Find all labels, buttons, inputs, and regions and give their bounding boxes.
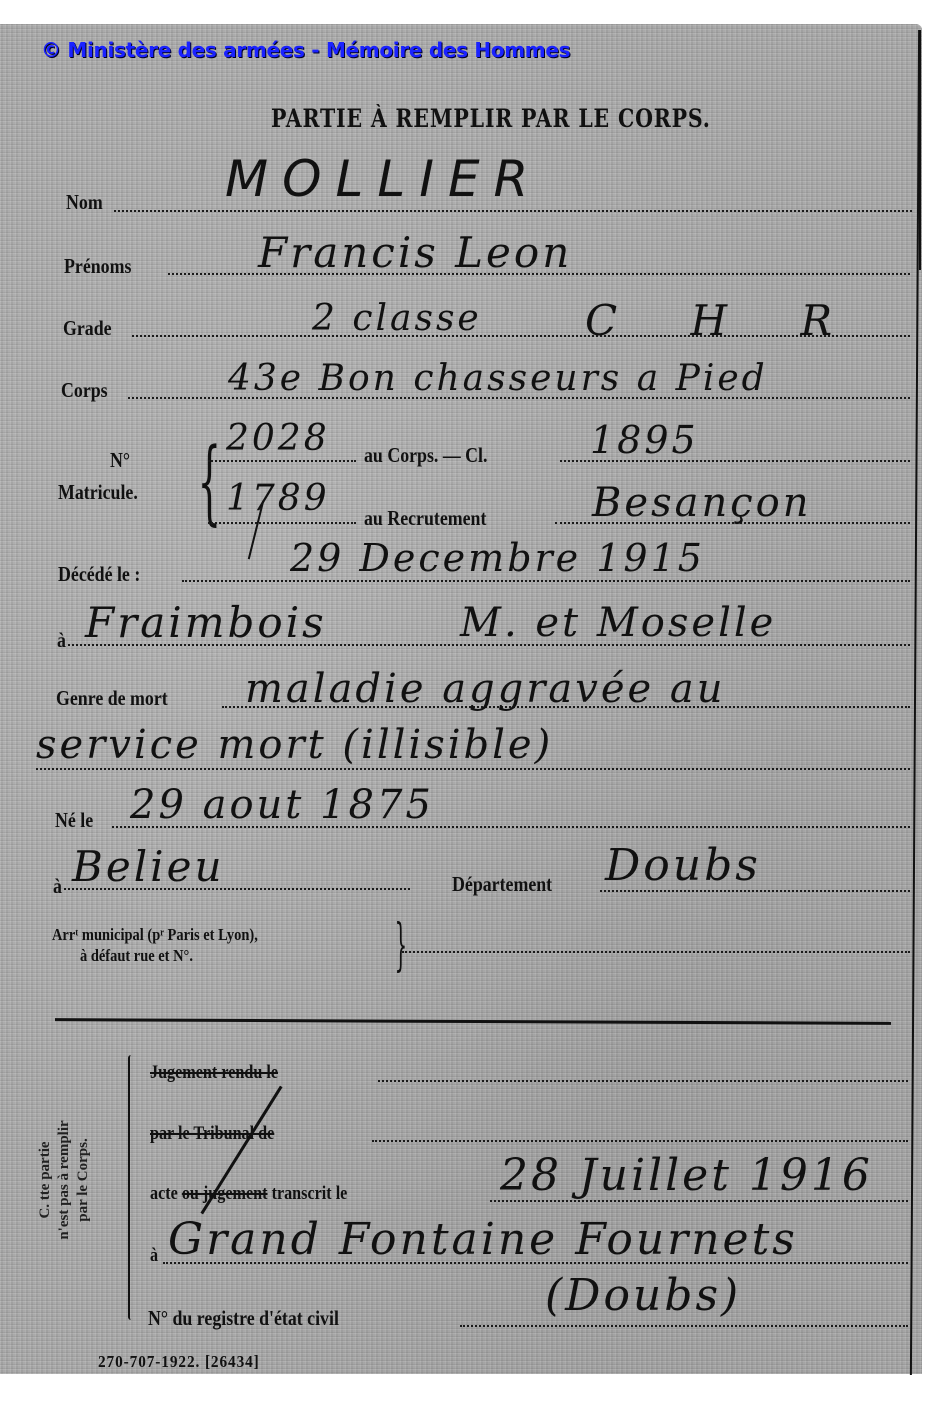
side-note-line: C. tte partie — [36, 1070, 55, 1290]
dotted-line — [36, 768, 910, 770]
value-matricule-recrutement: 1789 — [226, 478, 330, 519]
copyright-watermark: © Ministère des armées - Mémoire des Hom… — [41, 38, 570, 62]
side-note-line: par le Corps. — [74, 1070, 93, 1290]
label-nom: Nom — [66, 190, 103, 215]
brace: } — [395, 918, 407, 974]
label-prenoms: Prénoms — [64, 254, 131, 279]
label-acte-struck: ou jugement — [182, 1183, 268, 1204]
label-grade: Grade — [63, 316, 112, 341]
dotted-line — [208, 522, 356, 524]
value-genre-de-mort-1: maladie aggravée au — [245, 666, 726, 712]
label-no-registre: N° du registre d'état civil — [148, 1306, 339, 1331]
value-prenoms: Francis Leon — [258, 228, 572, 277]
value-corps: 43e Bon chasseurs a Pied — [228, 358, 768, 399]
value-classe: 1895 — [590, 418, 699, 462]
label-arr-municipal-1: Arrᵗ municipal (pʳ Paris et Lyon), — [52, 925, 258, 945]
dotted-line — [208, 460, 356, 462]
value-deces-departement: M. et Moselle — [460, 600, 776, 646]
dotted-line — [378, 1080, 908, 1082]
value-naissance-date: 29 aout 1875 — [130, 782, 434, 828]
value-transcription-lieu: Grand Fontaine Fournets — [168, 1214, 798, 1265]
dotted-line — [114, 210, 912, 212]
dotted-line — [402, 951, 910, 953]
value-matricule-corps: 2028 — [226, 418, 330, 459]
value-recrutement: Besançon — [592, 480, 811, 526]
value-naissance-departement: Doubs — [605, 840, 761, 891]
value-registre-note: (Doubs) — [545, 1270, 741, 1321]
brace: { — [198, 436, 221, 528]
value-deces-date: 29 Decembre 1915 — [290, 536, 705, 580]
label-matricule: Matricule. — [58, 480, 138, 505]
label-decede-le: Décédé le : — [58, 562, 140, 587]
form-title: PARTIE À REMPLIR PAR LE CORPS. — [85, 104, 897, 133]
value-grade-extra: C H R — [585, 296, 862, 345]
dotted-line — [182, 580, 910, 582]
page-edge-line — [919, 30, 921, 270]
value-nom: MOLLIER — [225, 150, 542, 208]
value-transcription-date: 28 Juillet 1916 — [500, 1150, 873, 1201]
label-acte-prefix: acte — [150, 1183, 182, 1204]
label-ne-le: Né le — [55, 808, 93, 833]
label-transcrit: transcrit le — [268, 1183, 348, 1204]
label-genre-de-mort: Genre de mort — [56, 686, 168, 711]
label-au-corps: au Corps. — Cl. — [364, 443, 487, 468]
label-a-transcription: à — [150, 1245, 158, 1267]
label-a-deces: à — [57, 628, 66, 653]
value-grade: 2 classe — [312, 298, 482, 339]
side-note-line: n'est pas à remplir — [55, 1070, 74, 1290]
brace — [128, 1055, 134, 1320]
dotted-line — [460, 1325, 908, 1327]
label-acte: acte ou jugement transcrit le — [150, 1183, 347, 1205]
label-arr-municipal-2: à défaut rue et N°. — [80, 946, 193, 966]
value-naissance-lieu: Belieu — [72, 842, 225, 891]
value-genre-de-mort-2: service mort (illisible) — [36, 722, 553, 768]
value-deces-lieu: Fraimbois — [85, 598, 327, 647]
label-jugement-rendu: Jugement rendu le — [150, 1062, 278, 1084]
label-departement: Département — [452, 872, 552, 897]
dotted-line — [372, 1140, 908, 1142]
print-reference: 270-707-1922. [26434] — [98, 1352, 260, 1372]
side-note: C. tte partie n'est pas à remplir par le… — [36, 1070, 93, 1290]
label-au-recrutement: au Recrutement — [364, 506, 486, 531]
label-no: N° — [110, 448, 130, 473]
label-corps: Corps — [61, 378, 108, 403]
label-a-naissance: à — [53, 874, 62, 899]
